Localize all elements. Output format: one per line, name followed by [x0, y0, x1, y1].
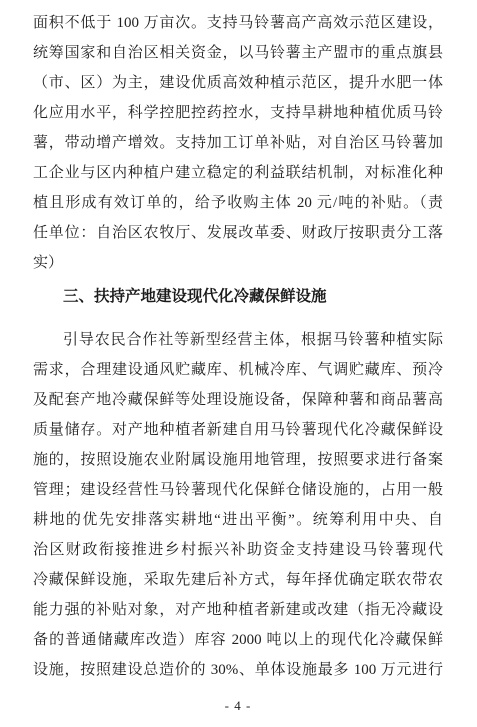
text-line: 治区财政衔接推进乡村振兴补助资金支持建设马铃薯现代: [33, 535, 443, 565]
text-line: 统筹国家和自治区相关资金，以马铃薯主产盟市的重点旗县: [33, 38, 443, 68]
text-line: 植且形成有效订单的，给予收购主体 20 元/吨的补贴。（责: [33, 188, 443, 218]
text-line: 施的，按照设施农业附属设施用地管理，按照要求进行备案: [33, 445, 443, 475]
text-line: 冷藏保鲜设施，采取先建后补方式，每年择优确定联农带农: [33, 565, 443, 595]
page-number: - 4 -: [33, 697, 443, 715]
document-page: 面积不低于 100 万亩次。支持马铃薯高产高效示范区建设， 统筹国家和自治区相关…: [0, 0, 477, 727]
text-line: 工企业与区内种植户建立稳定的利益联结机制，对标准化种: [33, 158, 443, 188]
text-line: 管理；建设经营性马铃薯现代化保鲜仓储设施的，占用一般: [33, 475, 443, 505]
text-line: 能力强的补贴对象，对产地种植者新建或改建（指无冷藏设: [33, 595, 443, 625]
text-line: 化应用水平，科学控肥控药控水，支持旱耕地种植优质马铃: [33, 98, 443, 128]
text-line: 及配套产地冷藏保鲜等处理设施设备，保障种薯和商品薯高: [33, 385, 443, 415]
text-line: 需求，合理建设通风贮藏库、机械冷库、气调贮藏库、预冷: [33, 355, 443, 385]
text-line: 任单位：自治区农牧厅、发展改革委、财政厅按职责分工落: [33, 218, 443, 248]
paragraph-cold-storage: 引导农民合作社等新型经营主体，根据马铃薯种植实际 需求，合理建设通风贮藏库、机械…: [33, 325, 443, 685]
text-line: 耕地的优先安排落实耕地“进出平衡”。统筹利用中央、自: [33, 505, 443, 535]
text-line: 实）: [33, 248, 443, 278]
text-line: （市、区）为主，建设优质高效种植示范区，提升水肥一体: [33, 68, 443, 98]
text-line: 薯，带动增产增效。支持加工订单补贴，对自治区马铃薯加: [33, 128, 443, 158]
text-line: 设施，按照建设总造价的 30%、单体设施最多 100 万元进行: [33, 655, 443, 685]
paragraph-continuation: 面积不低于 100 万亩次。支持马铃薯高产高效示范区建设， 统筹国家和自治区相关…: [33, 8, 443, 278]
text-line: 质量储存。对产地种植者新建自用马铃薯现代化冷藏保鲜设: [33, 415, 443, 445]
text-line: 面积不低于 100 万亩次。支持马铃薯高产高效示范区建设，: [33, 8, 443, 38]
section-heading: 三、扶持产地建设现代化冷藏保鲜设施: [33, 282, 443, 312]
text-line: 备的普通储藏库改造）库容 2000 吨以上的现代化冷藏保鲜: [33, 625, 443, 655]
text-line: 引导农民合作社等新型经营主体，根据马铃薯种植实际: [33, 325, 443, 355]
